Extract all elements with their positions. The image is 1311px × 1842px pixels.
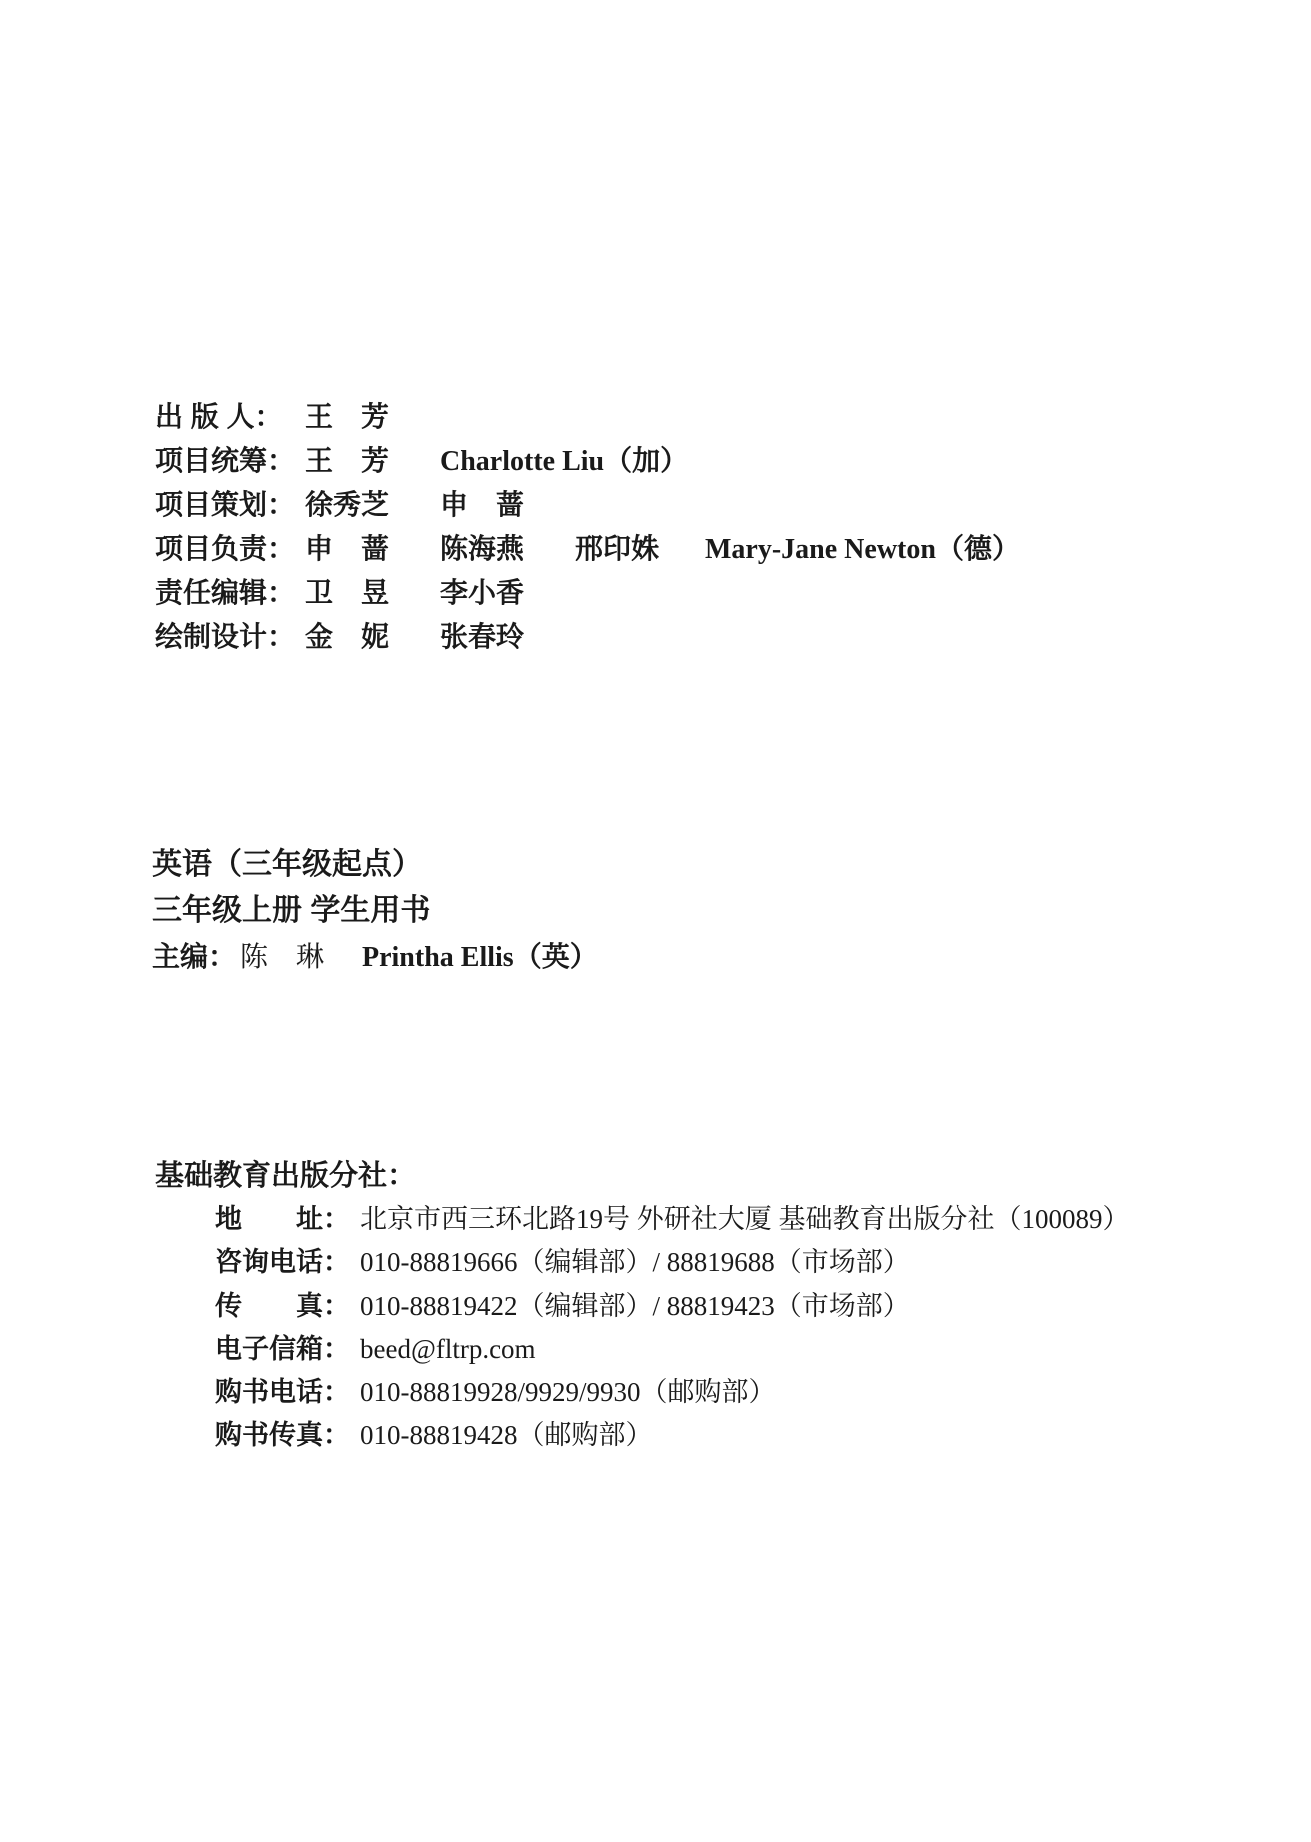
contact-value: 010-88819928/9929/9930（邮购部） xyxy=(360,1371,776,1414)
contact-label: 电子信箱： xyxy=(215,1328,360,1371)
contact-row-address: 地 址： 北京市西三环北路19号 外研社大厦 基础教育出版分社（100089） xyxy=(155,1198,1130,1241)
editor-name: 陈 琳 xyxy=(240,934,362,980)
credit-name: 李小香 xyxy=(440,571,575,615)
credit-name: 金 妮 xyxy=(305,615,440,659)
contact-row-order-fax: 购书传真： 010-88819428（邮购部） xyxy=(155,1414,1130,1457)
credit-country-tag: （加） xyxy=(604,439,688,483)
contact-row-order-phone: 购书电话： 010-88819928/9929/9930（邮购部） xyxy=(155,1371,1130,1414)
credit-label: 责任编辑： xyxy=(155,571,305,615)
contact-row-email: 电子信箱： beed@fltrp.com xyxy=(155,1328,1130,1371)
book-title: 英语（三年级起点） xyxy=(152,842,598,888)
contact-value: 010-88819666（编辑部）/ 88819688（市场部） xyxy=(360,1241,910,1284)
contact-label: 咨询电话： xyxy=(215,1241,360,1284)
credit-row-project-planner: 项目策划： 徐秀芝 申 蔷 xyxy=(155,483,1020,527)
editor-line: 主编： 陈 琳 Printha Ellis（英） xyxy=(152,934,598,981)
editor-label: 主编： xyxy=(152,934,240,980)
credit-name: 陈海燕 xyxy=(440,527,575,571)
contact-row-fax: 传 真： 010-88819422（编辑部）/ 88819423（市场部） xyxy=(155,1285,1130,1328)
contact-label: 传 真： xyxy=(215,1285,360,1328)
credit-en-name: Mary-Jane Newton xyxy=(705,528,936,572)
credit-name: 申 蔷 xyxy=(305,527,440,571)
credit-row-illustration-design: 绘制设计： 金 妮 张春玲 xyxy=(155,615,1020,659)
credit-name: 申 蔷 xyxy=(440,483,575,527)
credit-name: 王 芳 xyxy=(305,395,440,439)
editor-en-name: Printha Ellis xyxy=(362,935,514,981)
contact-value: 010-88819422（编辑部）/ 88819423（市场部） xyxy=(360,1285,910,1328)
credit-label: 项目负责： xyxy=(155,527,305,571)
book-info-section: 英语（三年级起点） 三年级上册 学生用书 主编： 陈 琳 Printha Ell… xyxy=(152,842,598,981)
contact-row-inquiry-phone: 咨询电话： 010-88819666（编辑部）/ 88819688（市场部） xyxy=(155,1241,1130,1284)
credit-name: 邢印姝 xyxy=(575,527,705,571)
colophon-page: 出 版 人： 王 芳 项目统筹： 王 芳 Charlotte Liu（加） 项目… xyxy=(0,0,1311,1842)
credit-name: 王 芳 xyxy=(305,439,440,483)
credit-name: 张春玲 xyxy=(440,615,575,659)
credit-name: 卫 昱 xyxy=(305,571,440,615)
contact-label: 购书电话： xyxy=(215,1371,360,1414)
contact-value: 010-88819428（邮购部） xyxy=(360,1414,653,1457)
credit-label: 出 版 人： xyxy=(155,395,305,439)
book-subtitle: 三年级上册 学生用书 xyxy=(152,888,598,934)
credit-row-publisher-person: 出 版 人： 王 芳 xyxy=(155,395,1020,439)
contact-value: beed@fltrp.com xyxy=(360,1328,536,1371)
credit-label: 项目统筹： xyxy=(155,439,305,483)
credit-label: 项目策划： xyxy=(155,483,305,527)
credit-country-tag: （德） xyxy=(936,527,1020,571)
credit-name: 徐秀芝 xyxy=(305,483,440,527)
publisher-heading: 基础教育出版分社： xyxy=(155,1154,1130,1198)
editor-country-tag: （英） xyxy=(514,934,598,980)
credits-section: 出 版 人： 王 芳 项目统筹： 王 芳 Charlotte Liu（加） 项目… xyxy=(155,395,1020,658)
credit-label: 绘制设计： xyxy=(155,615,305,659)
credit-row-project-coordinator: 项目统筹： 王 芳 Charlotte Liu（加） xyxy=(155,439,1020,484)
credit-row-project-manager: 项目负责： 申 蔷 陈海燕 邢印姝 Mary-Jane Newton（德） xyxy=(155,527,1020,572)
contact-value: 北京市西三环北路19号 外研社大厦 基础教育出版分社（100089） xyxy=(360,1198,1130,1241)
publisher-section: 基础教育出版分社： 地 址： 北京市西三环北路19号 外研社大厦 基础教育出版分… xyxy=(155,1154,1130,1458)
credit-row-responsible-editor: 责任编辑： 卫 昱 李小香 xyxy=(155,571,1020,615)
credit-en-name: Charlotte Liu xyxy=(440,440,604,484)
contact-label: 地 址： xyxy=(215,1198,360,1241)
contact-label: 购书传真： xyxy=(215,1414,360,1457)
